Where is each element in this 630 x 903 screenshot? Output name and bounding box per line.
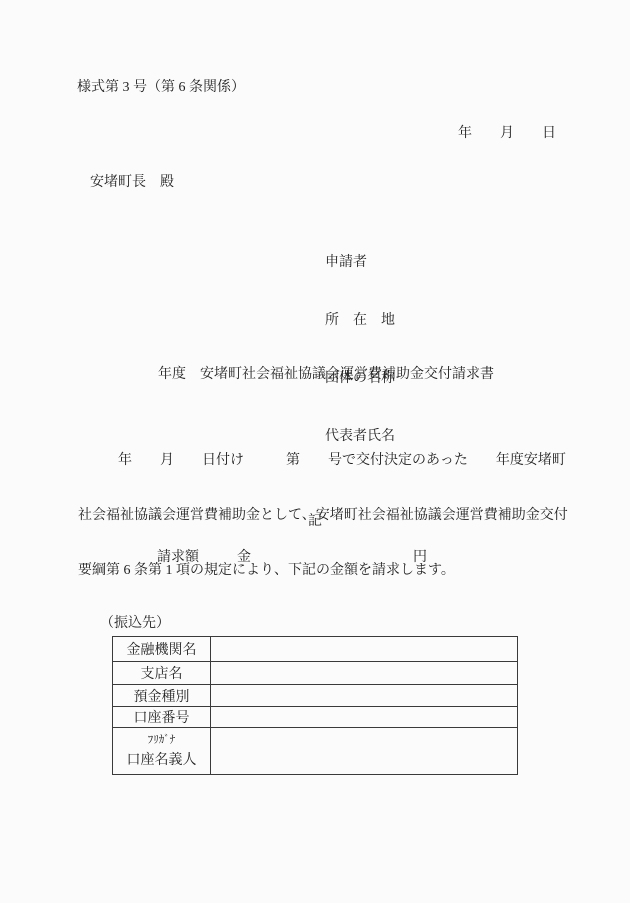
account-number-label: 口座番号 [113,707,211,728]
date-line: 年 月 日 [458,125,556,142]
account-holder-label: 口座名義人 [113,749,210,773]
transfer-table: 金融機関名 支店名 預金種別 口座番号 ﾌﾘｶﾞﾅ 口座名義人 [112,636,518,775]
record-mark: 記 [0,510,630,530]
transfer-section-label: （振込先） [100,615,170,632]
table-row-account-number: 口座番号 [113,707,518,728]
addressee: 安堵町長 殿 [90,174,174,191]
account-holder-value-cell [211,728,518,775]
account-number-value-cell [211,707,518,728]
amount-line: 請求額 金 円 [157,546,437,564]
account-type-value-cell [211,685,518,707]
amount-currency-suffix: 円 [413,546,427,566]
subsidy-request-form-page: 様式第 3 号（第 6 条関係） 年 月 日 安堵町長 殿 申請者 所 在 地 … [0,0,630,903]
form-number: 様式第 3 号（第 6 条関係） [77,79,245,96]
furigana-label: ﾌﾘｶﾞﾅ [113,729,210,749]
bank-name-value-cell [211,637,518,662]
bank-name-label: 金融機関名 [113,637,211,662]
applicant-address-label: 所 在 地 [325,308,395,334]
account-type-label: 預金種別 [113,685,211,707]
table-row-bank: 金融機関名 [113,637,518,662]
table-row-branch: 支店名 [113,662,518,685]
applicant-label: 申請者 [325,250,395,276]
amount-currency-prefix: 金 [237,546,251,566]
body-line-1: 年 月 日付け 第 号で交付決定のあった 年度安堵町 [78,449,590,472]
table-row-account-holder: ﾌﾘｶﾞﾅ 口座名義人 [113,728,518,775]
table-row-account-type: 預金種別 [113,685,518,707]
branch-name-label: 支店名 [113,662,211,685]
amount-label: 請求額 [157,546,199,566]
document-title: 年度 安堵町社会福祉協議会運営費補助金交付請求書 [158,366,494,383]
branch-name-value-cell [211,662,518,685]
